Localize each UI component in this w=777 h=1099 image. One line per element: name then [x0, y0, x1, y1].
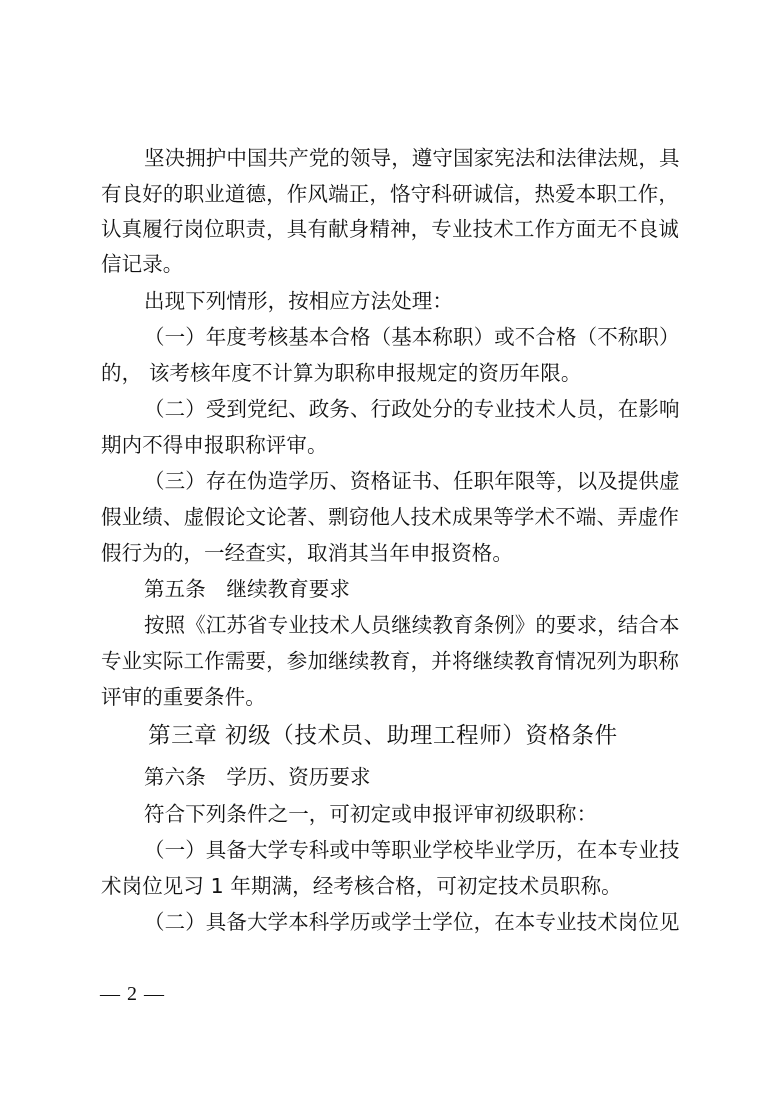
list-item-line: 假业绩、虚假论文论著、剽窃他人技术成果等学术不端、弄虚作	[101, 499, 679, 535]
article-heading: 第五条 继续教育要求	[101, 571, 679, 607]
paragraph-line: 评审的重要条件。	[101, 679, 679, 715]
list-item-line: （三）存在伪造学历、资格证书、任职年限等，以及提供虚	[101, 463, 679, 499]
page-number: — 2 —	[100, 983, 165, 1006]
paragraph-line: 按照《江苏省专业技术人员继续教育条例》的要求，结合本	[101, 607, 679, 643]
paragraph-line: 出现下列情形，按相应方法处理：	[101, 283, 679, 319]
list-item-line: （一）具备大学专科或中等职业学校毕业学历，在本专业技	[101, 832, 679, 868]
chapter-heading: 第三章 初级（技术员、助理工程师）资格条件	[101, 718, 679, 754]
paragraph-line: 符合下列条件之一，可初定或申报评审初级职称：	[101, 796, 679, 832]
paragraph-line: 信记录。	[101, 246, 679, 282]
list-item-line: （一）年度考核基本合格（基本称职）或不合格（不称职）	[101, 319, 679, 355]
list-item-line: （二）受到党纪、政务、行政处分的专业技术人员，在影响	[101, 391, 679, 427]
paragraph-line: 认真履行岗位职责，具有献身精神，专业技术工作方面无不良诚	[101, 211, 679, 247]
list-item-line: 的， 该考核年度不计算为职称申报规定的资历年限。	[101, 355, 679, 391]
list-item-line: 期内不得申报职称评审。	[101, 427, 679, 463]
paragraph-line: 有良好的职业道德，作风端正，恪守科研诚信，热爱本职工作，	[101, 176, 679, 212]
article-heading: 第六条 学历、资历要求	[101, 759, 679, 795]
list-item-line: 假行为的，一经查实，取消其当年申报资格。	[101, 535, 679, 571]
paragraph-line: 坚决拥护中国共产党的领导，遵守国家宪法和法律法规，具	[101, 140, 679, 176]
list-item-line: （二）具备大学本科学历或学士学位，在本专业技术岗位见	[101, 904, 679, 940]
list-item-line: 术岗位见习 1 年期满，经考核合格，可初定技术员职称。	[101, 868, 679, 904]
paragraph-line: 专业实际工作需要，参加继续教育，并将继续教育情况列为职称	[101, 643, 679, 679]
